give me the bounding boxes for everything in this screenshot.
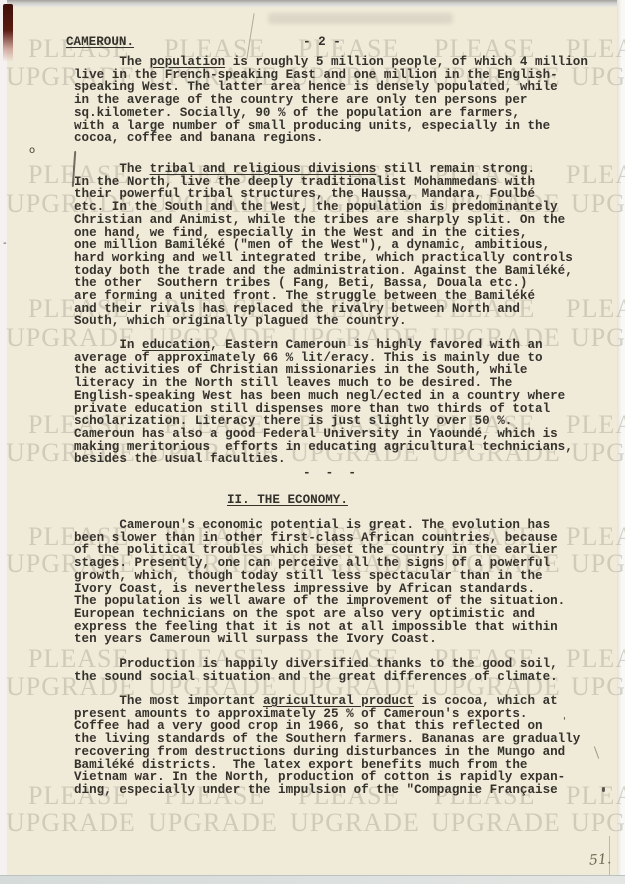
section-heading: II. THE ECONOMY. (227, 494, 348, 507)
watermark-text: UPGRADE (571, 549, 625, 579)
scan-edge-bottom (0, 875, 625, 884)
handwritten-page-number: 51. (589, 852, 612, 868)
watermark-text: PLEASE (566, 410, 625, 440)
paragraph-text: is roughly 5 million people, of which 4 … (74, 55, 588, 145)
document-scan: PLEASEPLEASEPLEASEPLEASEPLEASEUPGRADEUPG… (0, 0, 625, 884)
watermark-text: PLEASE (566, 644, 625, 674)
section-heading-text: II. THE ECONOMY. (227, 493, 348, 507)
paragraph-production: Production is happily diversified thanks… (74, 658, 558, 683)
paragraph-population: The population is roughly 5 million peop… (74, 56, 588, 145)
watermark-text: UPGRADE (6, 808, 136, 838)
margin-circle-mark: o (29, 146, 35, 156)
paragraph-education: In education, Eastern Cameroun is highly… (74, 339, 573, 466)
paragraph-text: Cameroun's economic potential is great. … (74, 518, 565, 646)
ink-dot-mark (602, 787, 605, 792)
watermark-text: PLEASE (566, 522, 625, 552)
binding-mark (3, 4, 13, 62)
page-number: - 2 - (303, 36, 341, 49)
paragraph-tribal-divisions: The tribal and religious divisions still… (74, 163, 573, 328)
watermark-text: UPGRADE (571, 189, 625, 219)
scan-edge-top (0, 0, 625, 7)
scan-smudge (268, 13, 453, 24)
margin-dash-mark: - (3, 239, 7, 249)
paragraph-economy-intro: Cameroun's economic potential is great. … (74, 519, 565, 646)
watermark-text: UPGRADE (571, 438, 625, 468)
margin-tick-mark: ' (563, 717, 566, 727)
watermark-text: UPGRADE (571, 323, 625, 353)
watermark-text: UPGRADE (571, 808, 625, 838)
paragraph-text: , Eastern Cameroun is highly favored wit… (74, 338, 573, 466)
watermark-text: PLEASE (566, 160, 625, 190)
watermark-text: UPGRADE (290, 808, 420, 838)
paragraph-text: Production is happily diversified thanks… (74, 657, 558, 684)
page-title-text: CAMEROUN. (66, 35, 134, 49)
pen-slash-mark (594, 746, 599, 759)
page-title: CAMEROUN. (66, 36, 134, 49)
paragraph-text: is cocoa, which at present amounts to ap… (74, 694, 580, 797)
watermark-text: UPGRADE (148, 808, 278, 838)
section-divider: - - - (303, 467, 356, 480)
watermark-text: UPGRADE (431, 808, 561, 838)
paragraph-text: still remain strong. In the North, live … (74, 162, 573, 328)
watermark-text: PLEASE (566, 294, 625, 324)
paragraph-agricultural-product: The most important agricultural product … (74, 695, 580, 797)
